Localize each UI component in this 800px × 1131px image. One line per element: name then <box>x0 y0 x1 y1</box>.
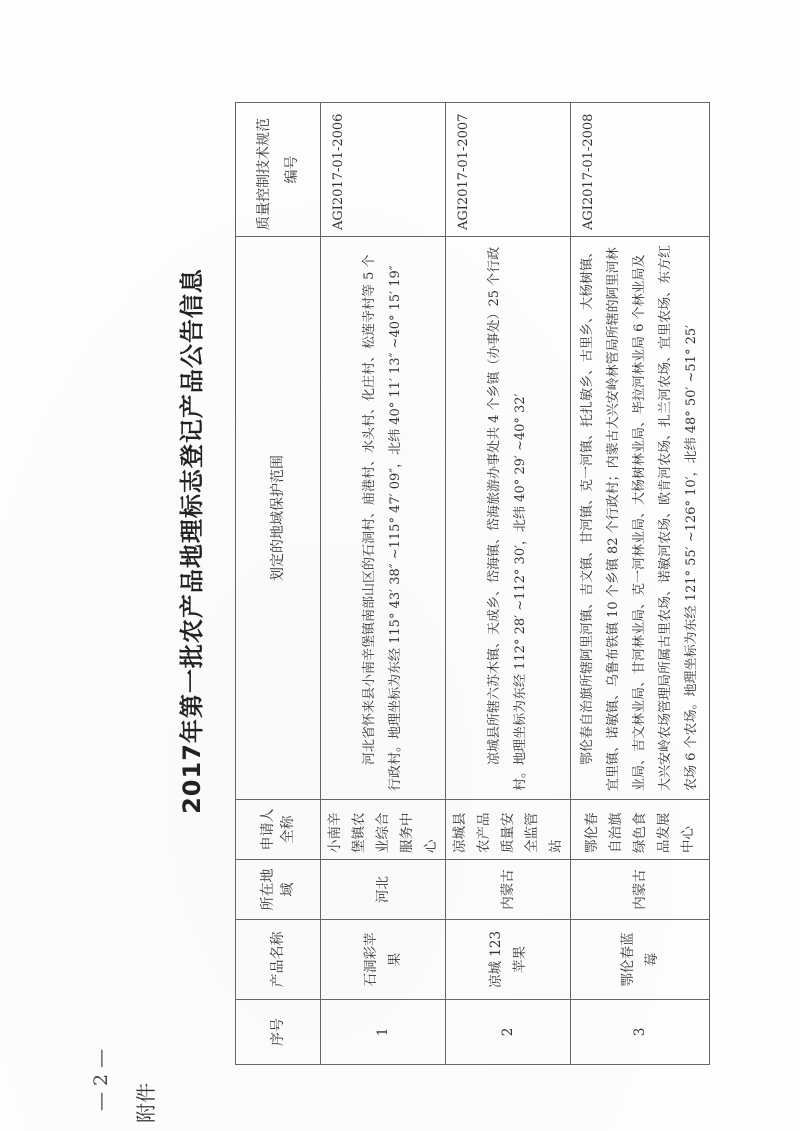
header-product-name: 产品名称 <box>236 920 321 1000</box>
header-protection-range: 划定的地域保护范围 <box>236 237 321 800</box>
table-row: 3 鄂伦春蓝莓 内蒙古 鄂伦春自治旗绿色食品发展中心 鄂伦春自治旗所辖阿里河镇、… <box>571 103 710 1065</box>
cell-product-name: 凉城 123 苹果 <box>446 920 571 1000</box>
page-number: — 2 — <box>90 1049 112 1111</box>
cell-seq: 3 <box>571 1000 710 1065</box>
page-title: 2017年第一批农产品地理标志登记产品公告信息 <box>172 91 207 991</box>
header-qc-spec-line1: 质量控制技术规范 <box>254 109 274 230</box>
header-region: 所在地域 <box>236 860 321 920</box>
cell-region: 河北 <box>321 860 446 920</box>
table-row: 2 凉城 123 苹果 内蒙古 凉城县农产品质量安全监管站 凉城县所辖六苏木镇、… <box>446 103 571 1065</box>
table-row: 1 石洞彩苹果 河北 小南辛堡镇农业综合服务中心 河北省怀来县小南辛堡镇南部山区… <box>321 103 446 1065</box>
table-header-row: 序号 产品名称 所在地域 申请人全称 划定的地域保护范围 质量控制技术规范 编号 <box>236 103 321 1065</box>
cell-protection-range: 鄂伦春自治旗所辖阿里河镇、吉文镇、甘河镇、克一河镇、托扎敏乡、古里乡、大杨树镇、… <box>571 237 710 800</box>
cell-qc-code: AGI2017-01-2006 <box>321 103 446 237</box>
attachment-label: 附件 <box>130 1083 159 1123</box>
cell-seq: 2 <box>446 1000 571 1065</box>
cell-product-name: 石洞彩苹果 <box>321 920 446 1000</box>
cell-region: 内蒙古 <box>571 860 710 920</box>
product-info-table: 序号 产品名称 所在地域 申请人全称 划定的地域保护范围 质量控制技术规范 编号… <box>235 102 710 1065</box>
document-page: — 2 — 附件 2017年第一批农产品地理标志登记产品公告信息 序号 产品名称… <box>0 0 800 1131</box>
cell-protection-range: 河北省怀来县小南辛堡镇南部山区的石洞村、庙港村、水头村、化庄村、松莲寺村等 5 … <box>321 237 446 800</box>
header-applicant: 申请人全称 <box>236 800 321 860</box>
cell-protection-range: 凉城县所辖六苏木镇、天成乡、岱海镇、岱海旅游办事处共 4 个乡镇（办事处）25 … <box>446 237 571 800</box>
cell-applicant: 鄂伦春自治旗绿色食品发展中心 <box>571 800 710 860</box>
cell-qc-code: AGI2017-01-2008 <box>571 103 710 237</box>
cell-product-name: 鄂伦春蓝莓 <box>571 920 710 1000</box>
header-seq: 序号 <box>236 1000 321 1065</box>
header-qc-spec-line2: 编号 <box>282 109 302 230</box>
cell-seq: 1 <box>321 1000 446 1065</box>
cell-qc-code: AGI2017-01-2007 <box>446 103 571 237</box>
header-qc-spec: 质量控制技术规范 编号 <box>236 103 321 237</box>
cell-region: 内蒙古 <box>446 860 571 920</box>
cell-applicant: 凉城县农产品质量安全监管站 <box>446 800 571 860</box>
cell-applicant: 小南辛堡镇农业综合服务中心 <box>321 800 446 860</box>
